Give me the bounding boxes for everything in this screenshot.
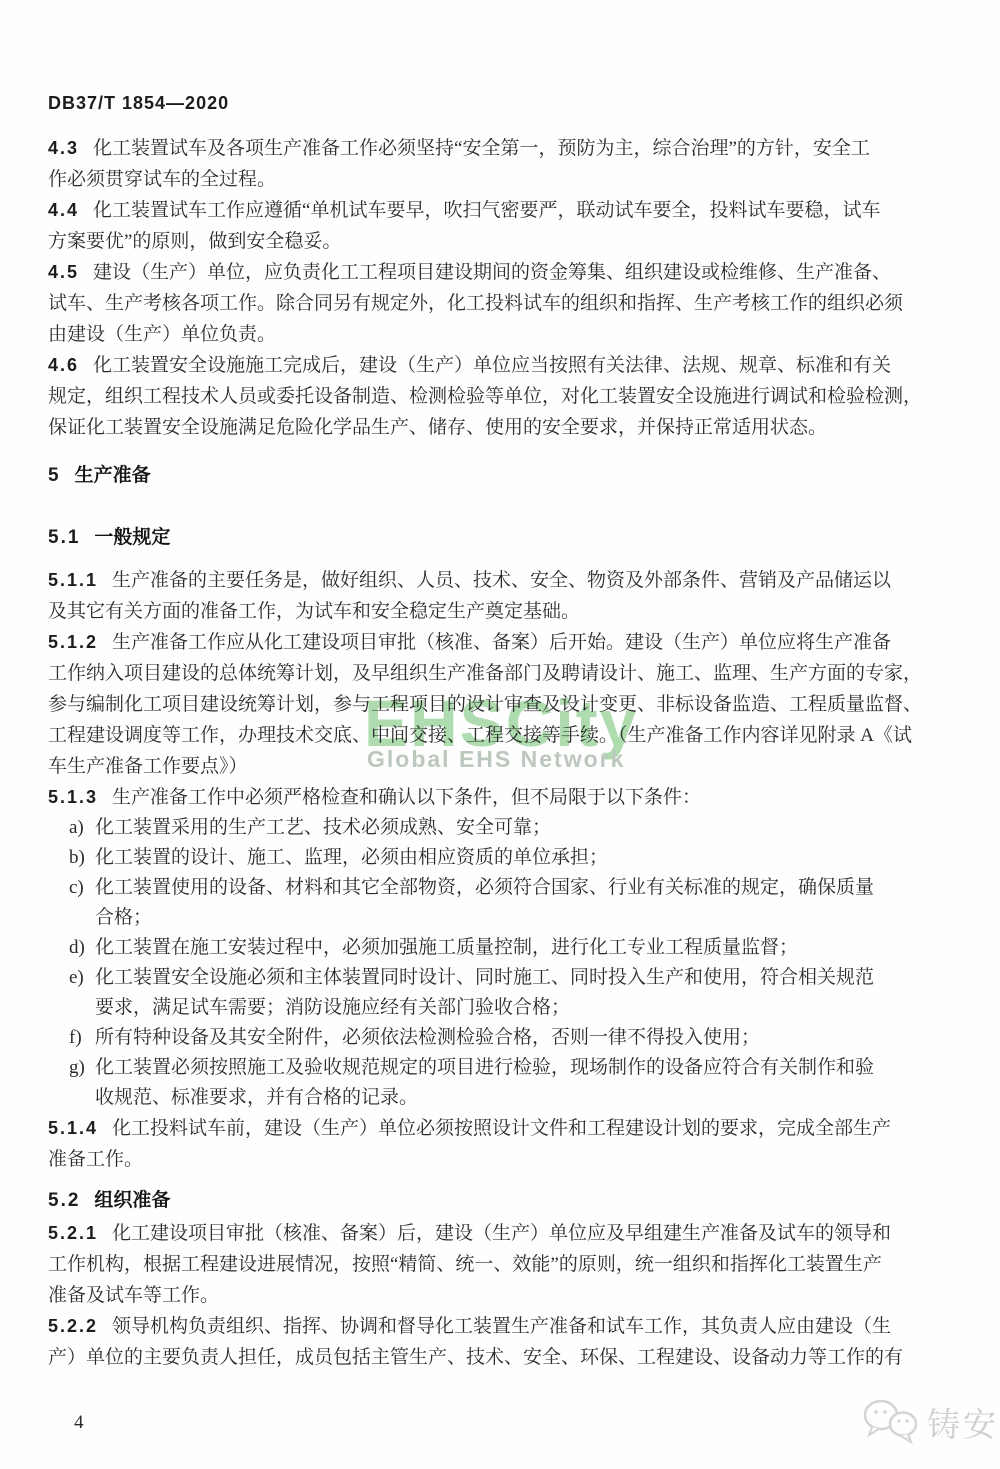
list-item-c: c)化工装置使用的设备、材料和其它全部物资，必须符合国家、行业有关标准的规定，确… [48, 873, 956, 933]
clause-text: 生产准备的主要任务是，做好组织、人员、技术、安全、物资及外部条件、营销及产品储运… [48, 570, 891, 622]
clause-4-3: 4.3化工装置试车及各项生产准备工作必须坚持“安全第一，预防为主，综合治理”的方… [48, 133, 956, 195]
chat-bubbles-icon [860, 1394, 922, 1451]
clause-number: 5.1.4 [48, 1118, 98, 1138]
clause-number: 5.2.1 [48, 1223, 98, 1243]
list-item-f: f)所有特种设备及其安全附件，必须依法检测检验合格，否则一律不得投入使用； [48, 1023, 956, 1053]
clause-text: 生产准备工作中必须严格检查和确认以下条件，但不局限于以下条件： [112, 787, 701, 808]
section-title: 一般规定 [94, 527, 170, 548]
clause-text: 化工装置试车工作应遵循“单机试车要早，吹扫气密要严，联动试车要全，投料试车要稳，… [48, 200, 880, 252]
section-number: 5.2 [48, 1190, 80, 1211]
item-label: b) [69, 843, 85, 873]
clause-5-2-2: 5.2.2领导机构负责组织、指挥、协调和督导化工装置生产准备和试车工作，其负责人… [48, 1311, 956, 1373]
item-label: a) [69, 813, 84, 843]
clause-number: 4.3 [48, 138, 79, 158]
item-label: c) [69, 873, 84, 903]
clause-number: 5.1.1 [48, 570, 98, 590]
section-number: 5 [48, 465, 61, 486]
item-text: 化工装置采用的生产工艺、技术必须成熟、安全可靠； [95, 817, 551, 838]
clause-text: 建设（生产）单位，应负责化工工程项目建设期间的资金筹集、组织建设或检维修、生产准… [48, 262, 903, 345]
item-label: d) [69, 933, 85, 963]
document-page: EHSCity Global EHS Network DB37/T 1854—2… [0, 0, 1000, 1469]
clause-number: 5.1.3 [48, 787, 98, 807]
brand-logo-text: 铸安 [927, 1399, 999, 1446]
clause-text: 领导机构负责组织、指挥、协调和督导化工装置生产准备和试车工作，其负责人应由建设（… [48, 1316, 903, 1368]
clause-text: 化工建设项目审批（核准、备案）后，建设（生产）单位应及早组建生产准备及试车的领导… [48, 1223, 891, 1306]
clause-4-5: 4.5建设（生产）单位，应负责化工工程项目建设期间的资金筹集、组织建设或检维修、… [48, 257, 956, 350]
clause-text: 化工装置安全设施施工完成后，建设（生产）单位应当按照有关法律、法规、规章、标准和… [48, 355, 922, 438]
section-number: 5.1 [48, 527, 80, 548]
clause-5-2-1: 5.2.1化工建设项目审批（核准、备案）后，建设（生产）单位应及早组建生产准备及… [48, 1218, 956, 1311]
page-number: 4 [74, 1412, 84, 1434]
list-item-d: d)化工装置在施工安装过程中，必须加强施工质量控制，进行化工专业工程质量监督； [48, 933, 956, 963]
item-label: e) [69, 963, 84, 993]
section-title: 组织准备 [94, 1190, 170, 1211]
clause-number: 4.5 [48, 262, 79, 282]
clause-4-6: 4.6化工装置安全设施施工完成后，建设（生产）单位应当按照有关法律、法规、规章、… [48, 350, 956, 443]
clause-text: 化工投料试车前，建设（生产）单位必须按照设计文件和工程建设计划的要求，完成全部生… [48, 1118, 891, 1170]
document-content: DB37/T 1854—2020 4.3化工装置试车及各项生产准备工作必须坚持“… [48, 88, 956, 1373]
item-text: 化工装置必须按照施工及验收规范规定的项目进行检验，现场制作的设备应符合有关制作和… [95, 1057, 874, 1108]
clause-number: 4.4 [48, 200, 79, 220]
clause-text: 生产准备工作应从化工建设项目审批（核准、备案）后开始。建设（生产）单位应将生产准… [48, 632, 922, 777]
item-text: 化工装置使用的设备、材料和其它全部物资，必须符合国家、行业有关标准的规定，确保质… [95, 877, 874, 928]
list-item-b: b)化工装置的设计、施工、监理，必须由相应资质的单位承担； [48, 843, 956, 873]
clause-5-1-2: 5.1.2生产准备工作应从化工建设项目审批（核准、备案）后开始。建设（生产）单位… [48, 627, 956, 782]
section-title: 生产准备 [75, 465, 151, 486]
clause-5-1-3: 5.1.3生产准备工作中必须严格检查和确认以下条件，但不局限于以下条件： [48, 782, 956, 813]
item-text: 化工装置安全设施必须和主体装置同时设计、同时施工、同时投入生产和使用，符合相关规… [95, 967, 874, 1018]
clause-number: 5.2.2 [48, 1316, 98, 1336]
clause-text: 化工装置试车及各项生产准备工作必须坚持“安全第一，预防为主，综合治理”的方针，安… [48, 138, 870, 190]
clause-5-1-4: 5.1.4化工投料试车前，建设（生产）单位必须按照设计文件和工程建设计划的要求，… [48, 1113, 956, 1175]
section-5-2-heading: 5.2组织准备 [48, 1185, 956, 1216]
clause-5-1-1: 5.1.1生产准备的主要任务是，做好组织、人员、技术、安全、物资及外部条件、营销… [48, 565, 956, 627]
section-5-1-heading: 5.1一般规定 [48, 522, 956, 553]
brand-logo: 铸安 [860, 1394, 999, 1451]
list-item-e: e)化工装置安全设施必须和主体装置同时设计、同时施工、同时投入生产和使用，符合相… [48, 963, 956, 1023]
list-item-a: a)化工装置采用的生产工艺、技术必须成熟、安全可靠； [48, 813, 956, 843]
item-text: 化工装置的设计、施工、监理，必须由相应资质的单位承担； [95, 847, 608, 868]
item-label: f) [69, 1023, 82, 1053]
item-label: g) [69, 1053, 85, 1083]
item-text: 所有特种设备及其安全附件，必须依法检测检验合格，否则一律不得投入使用； [95, 1027, 760, 1048]
clause-number: 4.6 [48, 355, 79, 375]
section-5-heading: 5生产准备 [48, 460, 956, 491]
list-item-g: g)化工装置必须按照施工及验收规范规定的项目进行检验，现场制作的设备应符合有关制… [48, 1053, 956, 1113]
clause-4-4: 4.4化工装置试车工作应遵循“单机试车要早，吹扫气密要严，联动试车要全，投料试车… [48, 195, 956, 257]
item-text: 化工装置在施工安装过程中，必须加强施工质量控制，进行化工专业工程质量监督； [95, 937, 798, 958]
standard-number-header: DB37/T 1854—2020 [48, 88, 956, 119]
clause-number: 5.1.2 [48, 632, 98, 652]
